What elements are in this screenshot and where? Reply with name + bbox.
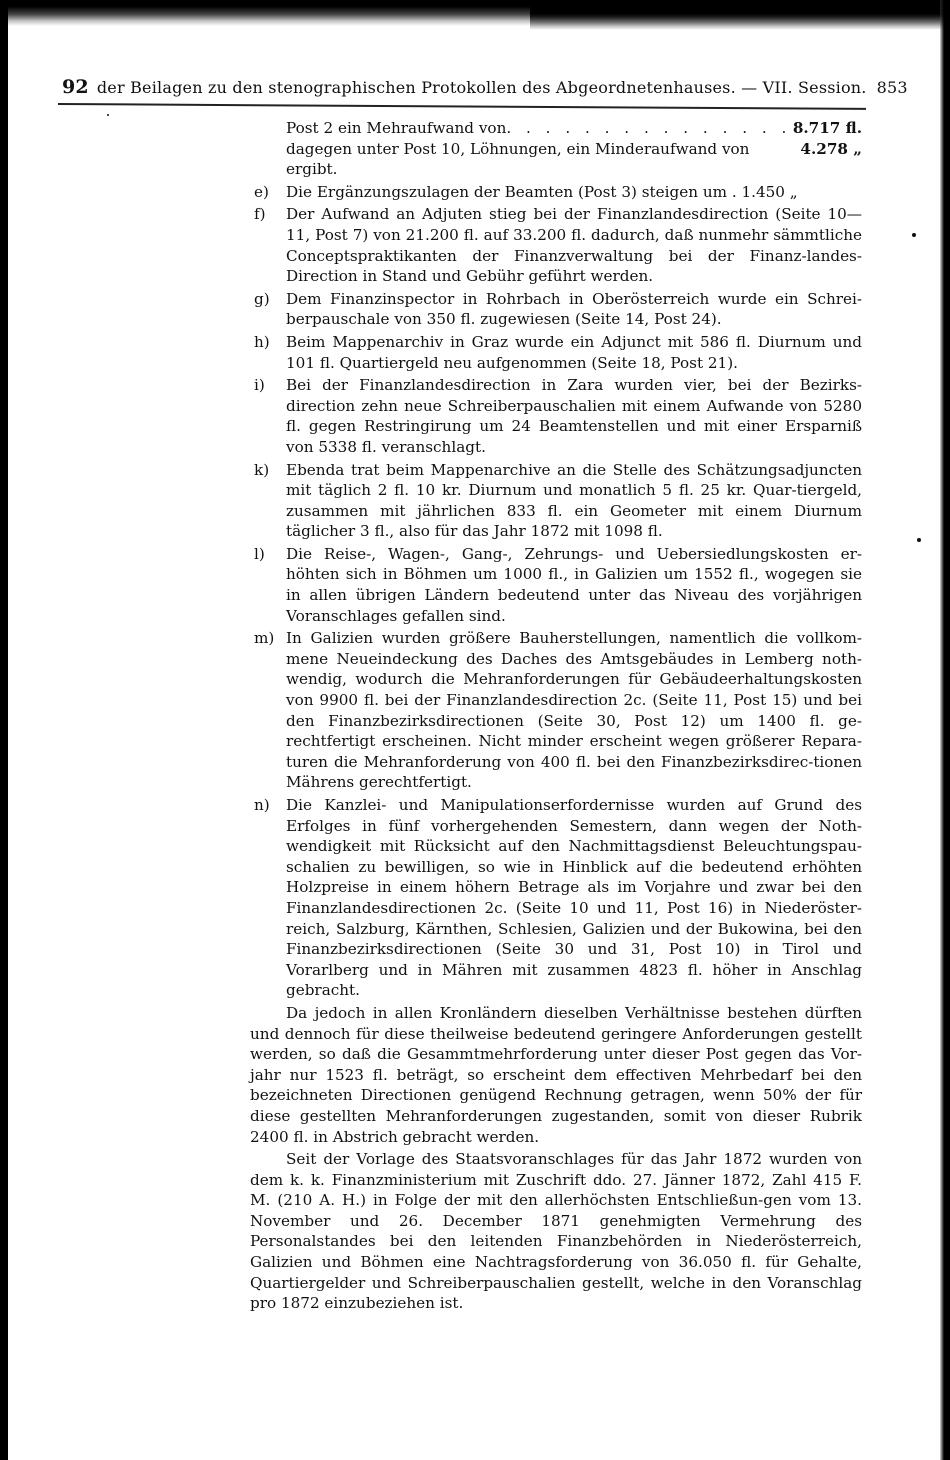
list-item: h)Beim Mappenarchiv in Graz wurde ein Ad…: [250, 332, 862, 373]
list-item-marker: h): [254, 332, 270, 353]
continuation-block: Post 2 ein Mehraufwand von . . . . . . .…: [250, 118, 862, 180]
continuation-line-1-text: Post 2 ein Mehraufwand von: [286, 118, 506, 139]
list-item-text: Beim Mappenarchiv in Graz wurde ein Adju…: [286, 333, 862, 372]
header-rule: [58, 103, 866, 110]
paragraph-list: Da jedoch in allen Kronländern dieselben…: [250, 1003, 862, 1314]
list-item-text: In Galizien wurden größere Bauherstellun…: [286, 629, 862, 791]
running-header: 92 der Beilagen zu den stenographischen …: [62, 76, 866, 102]
page-reference: 853: [877, 78, 908, 97]
list-item: n)Die Kanzlei- und Manipulationserforder…: [250, 795, 862, 1001]
list-item: f)Der Aufwand an Adjuten stieg bei der F…: [250, 204, 862, 286]
list-item: k)Ebenda trat beim Mappenarchive an die …: [250, 460, 862, 542]
dot-leader: . . . . . . . . . . . . . . . . . . . .: [506, 118, 792, 139]
list-item-marker: l): [254, 544, 265, 565]
list-item-text: Ebenda trat beim Mappenarchive an die St…: [286, 461, 862, 541]
scan-speck: [917, 538, 921, 542]
list-item-text: Die Ergänzungszulagen der Beamten (Post …: [286, 183, 798, 201]
list-item-text: Der Aufwand an Adjuten stieg bei der Fin…: [286, 205, 862, 285]
list-item-marker: g): [254, 289, 270, 310]
continuation-line-2-amount: 4.278 „: [800, 139, 862, 160]
list-item: l)Die Reise-, Wagen-, Gang-, Zehrungs- u…: [250, 544, 862, 626]
list-item-marker: i): [254, 375, 265, 396]
continuation-line-2: dagegen unter Post 10, Löhnungen, ein Mi…: [286, 139, 862, 160]
scan-edge-right: [940, 0, 950, 1460]
list-item: m)In Galizien wurden größere Bauherstell…: [250, 628, 862, 793]
list-item-text: Bei der Finanzlandesdirection in Zara wu…: [286, 376, 862, 456]
list-item: i)Bei der Finanzlandesdirection in Zara …: [250, 375, 862, 457]
continuation-line-1: Post 2 ein Mehraufwand von . . . . . . .…: [286, 118, 862, 139]
list-item-text: Dem Finanzinspector in Rohrbach in Oberö…: [286, 290, 862, 329]
list-item-marker: m): [254, 628, 274, 649]
continuation-line-1-amount: 8.717 fl.: [793, 118, 862, 139]
scan-edge-top-right: [530, 0, 950, 30]
scan-edge-left: [0, 0, 8, 1460]
item-list: e)Die Ergänzungszulagen der Beamten (Pos…: [250, 182, 862, 1001]
header-title: der Beilagen zu den stenographischen Pro…: [97, 78, 867, 97]
continuation-line-2-text: dagegen unter Post 10, Löhnungen, ein Mi…: [286, 139, 749, 160]
list-item-marker: f): [254, 204, 266, 225]
list-item: e)Die Ergänzungszulagen der Beamten (Pos…: [250, 182, 862, 203]
continuation-line-3: ergibt.: [286, 159, 862, 180]
list-item-marker: k): [254, 460, 269, 481]
page-number: 92: [62, 76, 89, 98]
body-column: Post 2 ein Mehraufwand von . . . . . . .…: [250, 118, 862, 1314]
list-item-marker: e): [254, 182, 269, 203]
list-item: g)Dem Finanzinspector in Rohrbach in Obe…: [250, 289, 862, 330]
list-item-marker: n): [254, 795, 270, 816]
scan-speck: [107, 114, 109, 116]
scan-speck: [912, 233, 916, 237]
spacer: [749, 139, 800, 160]
list-item-text: Die Reise-, Wagen-, Gang-, Zehrungs- und…: [286, 545, 862, 625]
list-item-text: Die Kanzlei- und Manipulationserforderni…: [286, 796, 862, 999]
body-paragraph: Seit der Vorlage des Staatsvoranschlages…: [250, 1149, 862, 1314]
body-paragraph: Da jedoch in allen Kronländern dieselben…: [250, 1003, 862, 1147]
